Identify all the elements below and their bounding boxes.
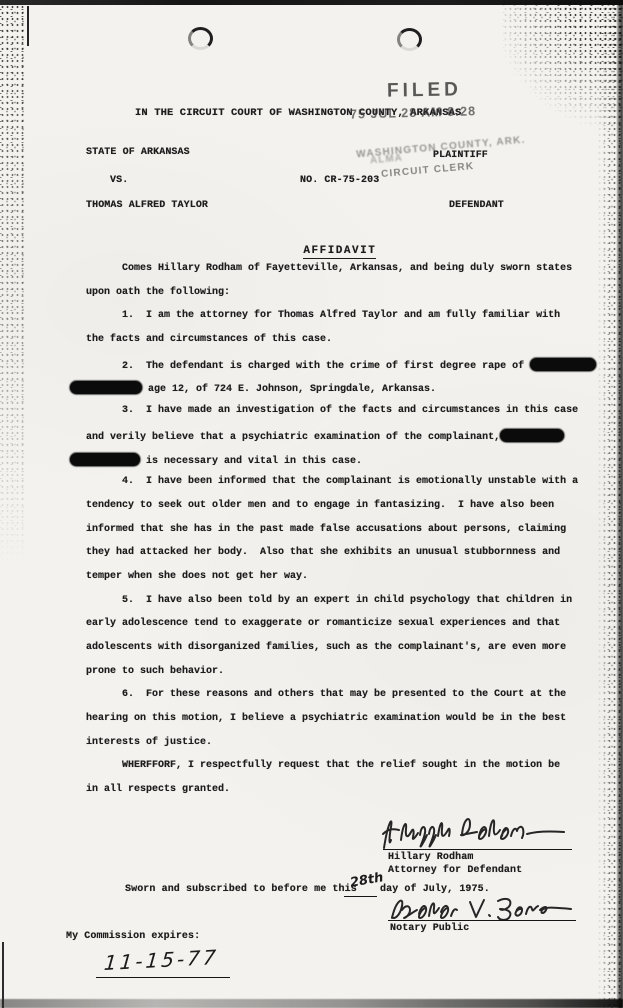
defendant-label: DEFENDANT xyxy=(449,200,504,211)
body-text: 5. I have also been told by an expert in… xyxy=(86,595,572,606)
plaintiff-label: PLAINTIFF xyxy=(433,150,488,161)
plaintiff-name: STATE OF ARKANSAS xyxy=(86,147,190,158)
notary-signature-handwriting xyxy=(386,890,574,924)
commission-date-underline xyxy=(96,977,230,978)
body-text: 3. I have made an investigation of the f… xyxy=(86,405,578,416)
body-text: temper when she does not get her way. xyxy=(86,571,308,582)
scan-artifact-line-bottom-left xyxy=(2,942,4,1008)
body-text: in all respects granted. xyxy=(86,784,230,795)
body-text: adolescents with disorganized families, … xyxy=(86,642,566,653)
body-text: tendency to seek out older men and to en… xyxy=(86,500,554,511)
body-text: 4. I have been informed that the complai… xyxy=(86,476,578,487)
body-text: 6. For these reasons and others that may… xyxy=(86,689,566,700)
body-line: age 12, of 724 E. Johnson, Springdale, A… xyxy=(86,381,596,405)
scan-corner-top-right-noise xyxy=(503,0,623,130)
redaction-mark xyxy=(70,453,140,466)
body-line: WHERFFORF, I respectfully request that t… xyxy=(86,760,596,784)
body-text: early adolescence tend to exaggerate or … xyxy=(86,618,560,629)
body-line: the facts and circumstances of this case… xyxy=(86,334,596,358)
body-text: informed that she has in the past made f… xyxy=(86,524,566,535)
body-text: 2. The defendant is charged with the cri… xyxy=(86,361,530,372)
body-line: temper when she does not get her way. xyxy=(86,571,596,595)
body-line: they had attacked her body. Also that sh… xyxy=(86,547,596,571)
affidavit-scan-page: IN THE CIRCUIT COURT OF WASHINGTON COUNT… xyxy=(0,0,623,1008)
body-line: 1. I am the attorney for Thomas Alfred T… xyxy=(86,310,596,334)
attorney-signature-handwriting xyxy=(378,810,570,854)
attorney-signature-line xyxy=(383,849,572,850)
body-line: tendency to seek out older men and to en… xyxy=(86,500,596,524)
body-text: the facts and circumstances of this case… xyxy=(86,334,332,345)
body-text: age 12, of 724 E. Johnson, Springdale, A… xyxy=(142,384,436,395)
body-text: hearing on this motion, I believe a psyc… xyxy=(86,713,566,724)
body-line: 5. I have also been told by an expert in… xyxy=(86,595,596,619)
body-line: 3. I have made an investigation of the f… xyxy=(86,405,596,429)
body-line: is necessary and vital in this case. xyxy=(86,453,596,477)
body-text: Comes Hillary Rodham of Fayetteville, Ar… xyxy=(86,263,572,274)
body-line: hearing on this motion, I believe a psyc… xyxy=(86,713,596,737)
scan-edge-bottom-smudge xyxy=(0,999,623,1008)
commission-label: My Commission expires: xyxy=(66,931,200,942)
body-line: 4. I have been informed that the complai… xyxy=(86,476,596,500)
body-text: interests of justice. xyxy=(86,737,212,748)
redaction-mark xyxy=(500,429,564,442)
scan-edge-left-noise xyxy=(0,4,26,564)
body-text: they had attacked her body. Also that sh… xyxy=(86,547,560,558)
notary-signature-line xyxy=(388,920,576,921)
body-line: 6. For these reasons and others that may… xyxy=(86,689,596,713)
defendant-name: THOMAS ALFRED TAYLOR xyxy=(86,200,208,211)
punch-hole-right xyxy=(397,28,422,51)
vs-label: VS. xyxy=(110,175,128,186)
notary-title: Notary Public xyxy=(390,923,469,934)
scan-artifact-line-top-left xyxy=(27,6,29,46)
body-line: and verily believe that a psychiatric ex… xyxy=(86,429,596,453)
sworn-prefix: Sworn and subscribed to before me this xyxy=(125,884,357,895)
body-text: prone to such behavior. xyxy=(86,666,224,677)
attorney-name: Hillary Rodham xyxy=(388,852,473,863)
body-line: adolescents with disorganized families, … xyxy=(86,642,596,666)
body-lines: Comes Hillary Rodham of Fayetteville, Ar… xyxy=(86,263,596,808)
body-line: informed that she has in the past made f… xyxy=(86,524,596,548)
commission-date-handwritten: 11-15-77 xyxy=(103,945,220,975)
body-text: 1. I am the attorney for Thomas Alfred T… xyxy=(86,310,560,321)
redaction-mark xyxy=(70,381,142,394)
punch-hole-left xyxy=(188,27,213,50)
body-line: upon oath the following: xyxy=(86,287,596,311)
filed-stamp-clerk-name: ALMA xyxy=(370,153,404,167)
body-line: 2. The defendant is charged with the cri… xyxy=(86,358,596,382)
filed-stamp: FILED xyxy=(387,79,462,102)
body-text: upon oath the following: xyxy=(86,287,230,298)
attorney-title: Attorney for Defendant xyxy=(388,865,522,876)
body-line: in all respects granted. xyxy=(86,784,596,808)
body-text: and verily believe that a psychiatric ex… xyxy=(86,432,500,443)
filed-stamp-datetime: 75 JUL 28 AM 8:28 xyxy=(350,104,476,121)
sworn-day-underline xyxy=(344,896,377,897)
scan-edge-right-bar xyxy=(617,0,623,1008)
body-line: Comes Hillary Rodham of Fayetteville, Ar… xyxy=(86,263,596,287)
body-line: prone to such behavior. xyxy=(86,666,596,690)
body-line: early adolescence tend to exaggerate or … xyxy=(86,618,596,642)
body-text: is necessary and vital in this case. xyxy=(140,456,362,467)
body-line: interests of justice. xyxy=(86,737,596,761)
redaction-mark xyxy=(530,358,596,371)
case-number: NO. CR-75-203 xyxy=(300,175,379,186)
body-text: WHERFFORF, I respectfully request that t… xyxy=(86,760,560,771)
